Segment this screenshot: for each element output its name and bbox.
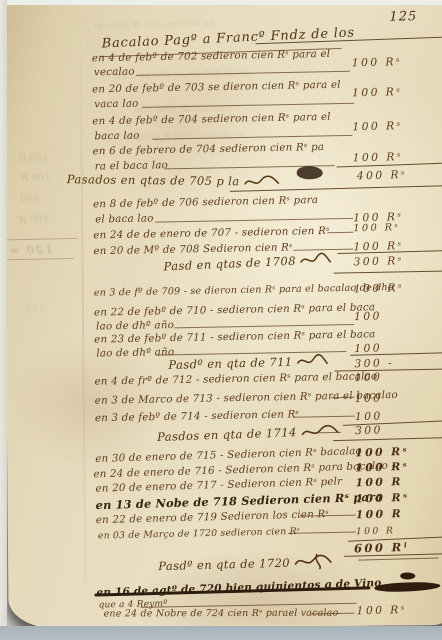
amount: 100 Rˢ <box>352 55 403 69</box>
amount: 100 <box>354 370 382 384</box>
ledger-entry: en 3 de fº de 709 - se dieron cien Rˢ pa… <box>94 282 394 299</box>
subtotal-amount: 400 Rˢ <box>357 168 408 182</box>
ledger-entry: ene 24 de Nobre de 724 cien Rˢ parael va… <box>104 608 339 620</box>
amount: 100 Rˢ <box>354 281 405 295</box>
amount: 100 Rˢ <box>355 460 409 474</box>
ledger-entry-wrap: lao de dhº año <box>96 319 174 332</box>
rubric-flourish <box>293 552 333 571</box>
fill-rule <box>293 249 353 251</box>
ledger-entry-wrap: vecalao <box>94 66 135 79</box>
amount-rule <box>334 271 442 274</box>
ledger-entry: en 03 de Março de 1720 sedieron cien Rˢ <box>98 526 300 542</box>
amount: 100 <box>355 409 383 423</box>
ledger-entry: en 8 de febº de 706 sedieron cien Rˢ par… <box>93 194 318 210</box>
ledger-entry-wrap: lao de dhº año <box>96 346 174 359</box>
fill-rule <box>327 232 353 233</box>
bleedthrough-rule <box>6 258 74 260</box>
amount: 100 Rˢ <box>352 85 403 99</box>
page-number: 125 <box>389 9 417 24</box>
subtotal-amount: 300 Rˢ <box>353 254 404 268</box>
subtotal-amount: 300 <box>355 423 383 437</box>
manuscript-photo: se dieron cien R para el en de feb de se… <box>0 0 442 640</box>
ledger-entry: en 24 de de enero de 707 - sedieron cien… <box>93 225 330 242</box>
page-crease <box>79 4 86 588</box>
subtotal-amount: 300 - <box>354 356 394 370</box>
total-amount: 600 Rˡ <box>354 540 410 555</box>
amount: 100 Rˢ <box>352 119 403 133</box>
ledger-entry-wrap: vaca lao <box>94 98 139 111</box>
ledger-entry-wrap: baca lao <box>94 130 139 143</box>
bleedthrough-amount: 100 <box>26 304 45 315</box>
ink-scribble <box>374 581 440 593</box>
fill-rule <box>288 532 356 534</box>
amount: 100 <box>354 309 382 323</box>
bleedthrough-amount: 100 <box>20 193 39 204</box>
amount: 100 Rˢ <box>353 222 400 234</box>
bleedthrough-amount: 120 = <box>7 242 53 257</box>
bleedthrough-rule <box>5 238 77 240</box>
amount: 100 Rˢ <box>352 150 403 164</box>
bleedthrough-text: se dieron cien R para el <box>93 18 214 32</box>
subtotal-line: Pasdº en qta de 1720 <box>158 552 333 575</box>
photo-edge-bottom <box>0 626 442 640</box>
rubric-flourish <box>299 251 334 268</box>
photo-edge-top <box>0 0 442 5</box>
ledger-entry: en 4 de frº de 712 - sedieron cien Rˢ pa… <box>94 370 377 387</box>
amount: 100 Rˢ <box>356 603 407 617</box>
bleedthrough-amount: 100 R <box>21 172 51 184</box>
amount: 100 Rˢ <box>355 445 409 459</box>
ledger-entry: en 3 de febº de 714 - sedieron cien Rˢ <box>95 408 299 424</box>
ledger-entry: en 3 de Marco de 713 - sedieron cien Rˢ … <box>95 389 398 407</box>
ink-scribble <box>400 572 415 579</box>
amount: 100 R <box>356 507 404 521</box>
ledger-entry: en 22 de febº de 710 - sedieron cien Rˢ … <box>94 301 375 318</box>
subtotal-line: Pasdos en qta de 1714 <box>157 423 340 445</box>
photo-edge-left <box>0 0 7 640</box>
amount: 100 R <box>355 475 403 489</box>
bleedthrough-amount: 100 R <box>19 214 49 226</box>
subtotal-line: Pasados en qtas de 705 p la <box>67 171 281 190</box>
total-underline <box>358 557 438 560</box>
fill-rule <box>293 416 355 418</box>
bleedthrough-amount: 100 R <box>18 152 48 164</box>
ledger-entry-wrap: ra el baca lao <box>95 159 169 172</box>
subtotal-line: Pasdº en qta de 711 <box>168 353 330 373</box>
amount: 100 R <box>356 525 396 537</box>
amount-rule <box>333 437 442 441</box>
amount: 100 Rˢ <box>355 491 409 505</box>
fill-rule <box>174 324 354 328</box>
ink-scribble <box>297 166 323 179</box>
fill-rule <box>155 218 353 223</box>
ledger-entry-wrap: el baca lao <box>95 212 154 225</box>
manuscript-page: se dieron cien R para el en de feb de se… <box>3 1 442 629</box>
ledger-entry: en 4 de febº de 704 sedieron cien Rˢ par… <box>92 111 331 128</box>
rubric-flourish <box>295 353 329 370</box>
rubric-flourish <box>242 173 280 189</box>
amount: 100 <box>355 391 383 405</box>
